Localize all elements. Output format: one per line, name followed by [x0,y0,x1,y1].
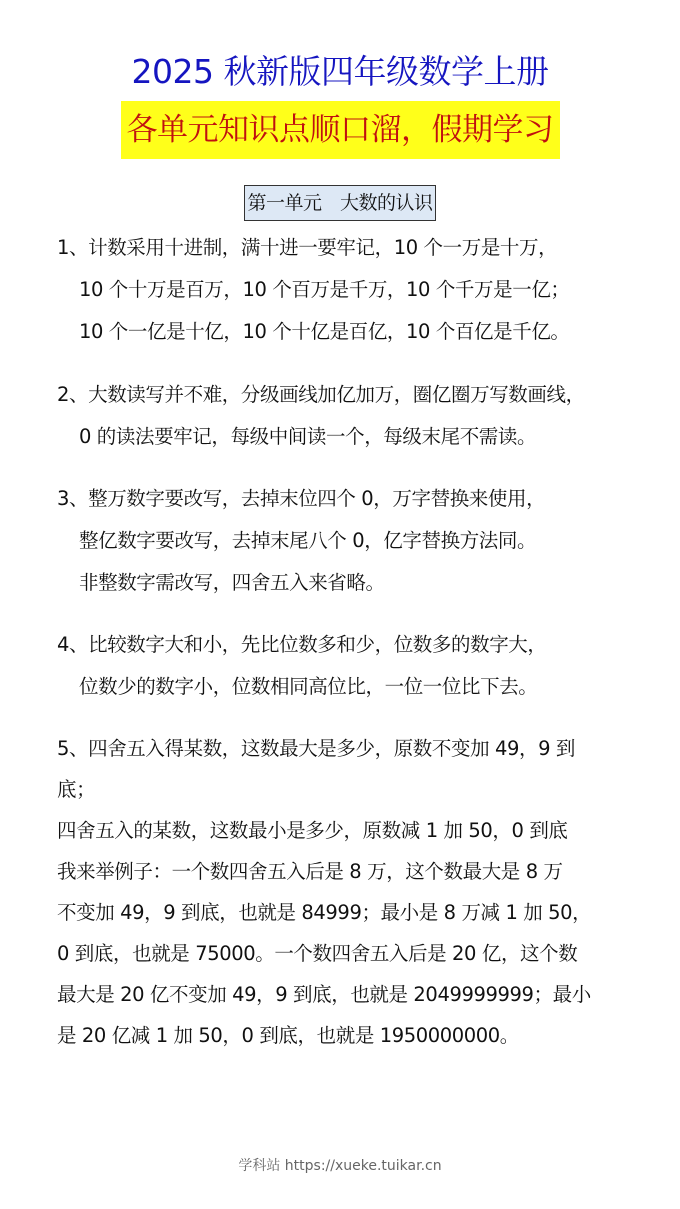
section-line: 3、整万数字要改写，去掉末位四个 0，万字替换来使用， [57,485,545,513]
section-line: 4、比较数字大和小，先比位数多和少，位数多的数字大， [57,631,547,659]
section-line: 四舍五入的某数，这数最小是多少，原数减 1 加 50，0 到底 [57,817,568,845]
section-line: 位数少的数字小，位数相同高位比，一位一位比下去。 [79,673,537,701]
section-line: 整亿数字要改写，去掉末尾八个 0，亿字替换方法同。 [79,527,536,555]
section-line: 不变加 49，9 到底，也就是 84999；最小是 8 万减 1 加 50， [57,899,591,927]
footer-watermark: 学科站 https://xueke.tuikar.cn [0,1156,680,1176]
section-line: 0 到底，也就是 75000。一个数四舍五入后是 20 亿，这个数 [57,940,577,968]
section-line: 10 个一亿是十亿，10 个十亿是百亿，10 个百亿是千亿。 [79,318,570,346]
unit-label: 第一单元 大数的认识 [244,185,435,221]
section-line: 我来举例子：一个数四舍五入后是 8 万，这个数最大是 8 万 [57,858,563,886]
section-line: 是 20 亿减 1 加 50，0 到底，也就是 1950000000。 [57,1022,519,1050]
section-line: 10 个十万是百万，10 个百万是千万，10 个千万是一亿； [79,276,570,304]
section-line: 2、大数读写并不难，分级画线加亿加万，圈亿圈万写数画线， [57,381,585,409]
section-line: 1、计数采用十进制，满十进一要牢记，10 个一万是十万， [57,234,557,262]
document-title: 2025 秋新版四年级数学上册 [0,50,680,94]
section-line: 0 的读法要牢记，每级中间读一个，每级末尾不需读。 [79,423,536,451]
subtitle-banner: 各单元知识点顺口溜，假期学习 [0,101,680,159]
unit-heading: 第一单元 大数的认识 [0,185,680,221]
section-line: 非整数字需改写，四舍五入来省略。 [79,569,385,597]
document-subtitle: 各单元知识点顺口溜，假期学习 [121,101,560,159]
section-line: 5、四舍五入得某数，这数最大是多少，原数不变加 49，9 到 [57,735,575,763]
section-line: 最大是 20 亿不变加 49，9 到底，也就是 2049999999；最小 [57,981,591,1009]
section-line: 底； [57,776,95,804]
